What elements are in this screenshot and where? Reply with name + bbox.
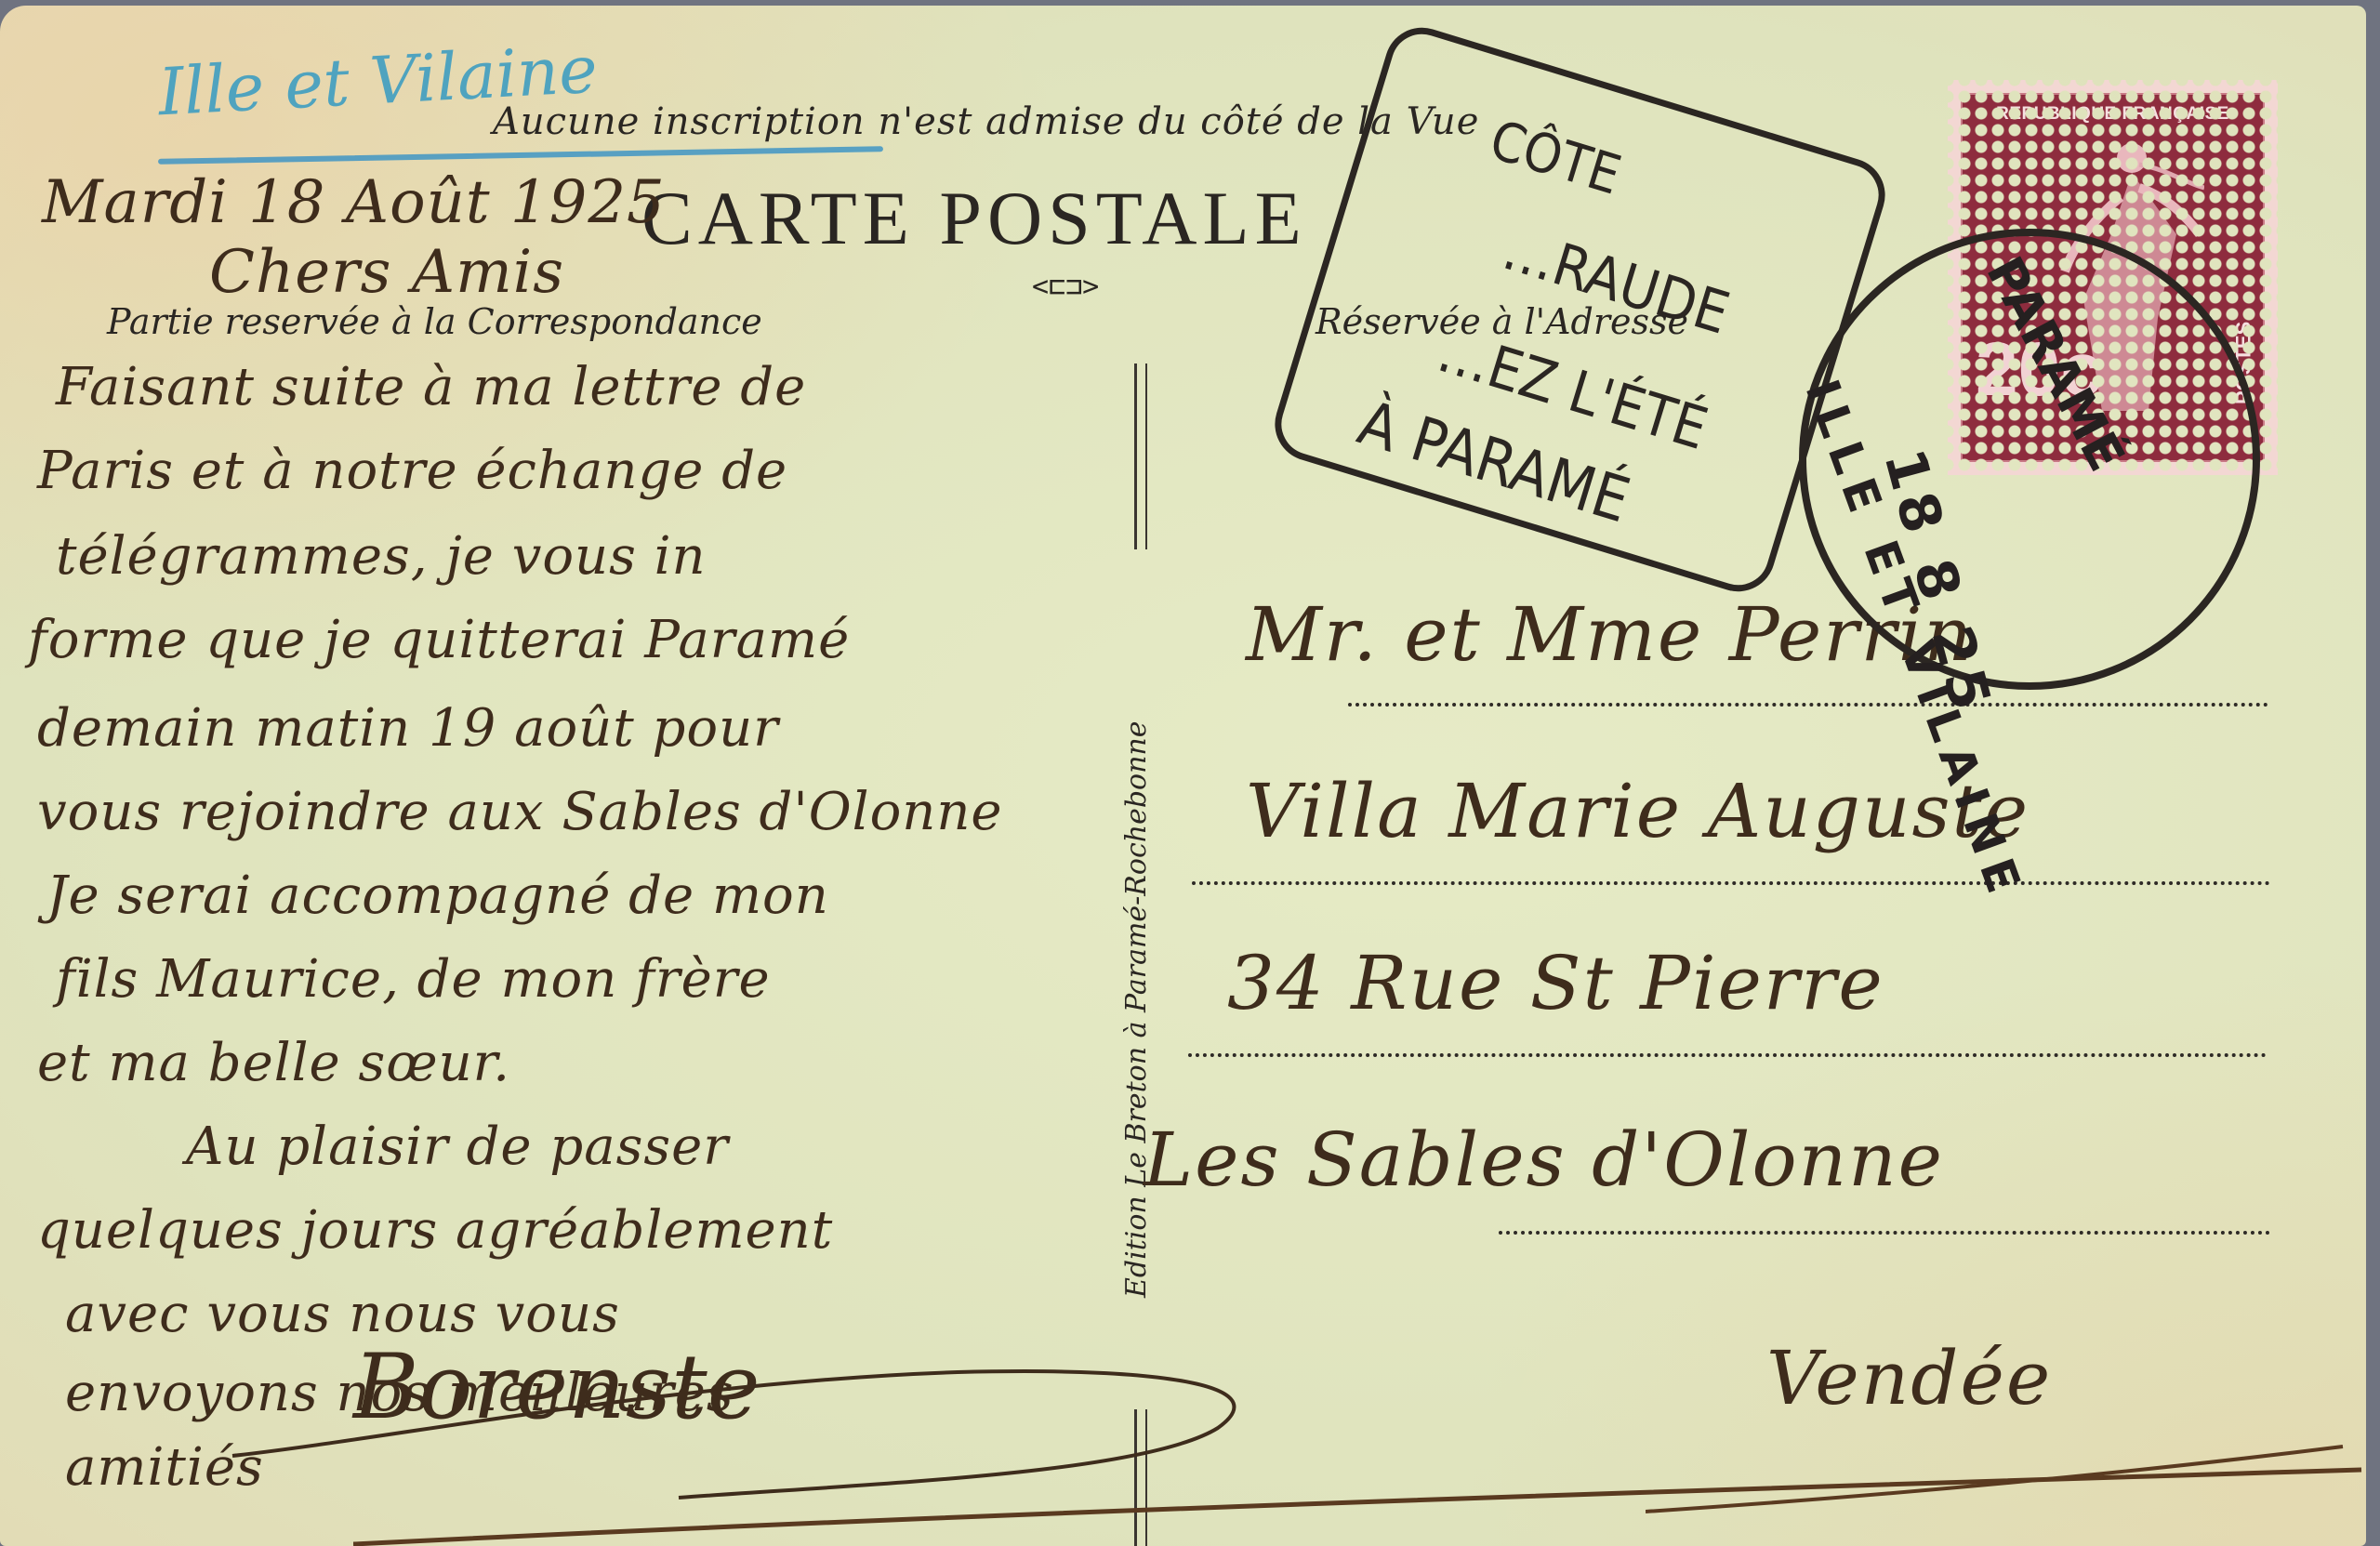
message-date: Mardi 18 Août 1925 xyxy=(42,168,666,237)
address-rule xyxy=(1192,881,2270,885)
address-rule xyxy=(1188,1053,2267,1057)
center-divider xyxy=(1145,363,1147,549)
ornament-icon: <⊏⊐> xyxy=(1032,271,1099,303)
address-underline xyxy=(1646,1419,2352,1530)
correspondence-label: Partie reservée à la Correspondance xyxy=(107,301,762,342)
view-side-notice: Aucune inscription n'est admise du côté … xyxy=(493,100,1479,143)
address-department: Vendée xyxy=(1766,1335,2052,1421)
message-line: télégrammes, je vous in xyxy=(56,526,707,587)
center-divider xyxy=(1134,363,1137,549)
postcard-title: CARTE POSTALE xyxy=(641,175,1307,262)
address-rule xyxy=(1499,1231,2270,1235)
message-line: Faisant suite à ma lettre de xyxy=(56,357,806,417)
message-line: vous rejoindre aux Sables d'Olonne xyxy=(37,782,1003,842)
address-street: 34 Rue St Pierre xyxy=(1227,940,1884,1026)
blue-underline xyxy=(158,146,883,165)
message-line: fils Maurice, de mon frère xyxy=(56,949,771,1010)
postcard-back: Ille et Vilaine Aucune inscription n'est… xyxy=(0,6,2366,1546)
message-line: forme que je quitterai Paramé xyxy=(28,610,850,670)
message-line: et ma belle sœur. xyxy=(37,1033,510,1093)
message-line: Paris et à notre échange de xyxy=(37,441,787,501)
message-line: Au plaisir de passer xyxy=(186,1117,729,1177)
message-greeting: Chers Amis xyxy=(209,238,564,307)
address-city: Les Sables d'Olonne xyxy=(1144,1117,1944,1203)
stamp-country: REPUBLIQUE FRANÇAISE xyxy=(1963,104,2263,125)
address-villa: Villa Marie Auguste xyxy=(1246,768,2030,854)
message-line: demain matin 19 août pour xyxy=(37,698,779,759)
message-line: quelques jours agréablement xyxy=(37,1200,833,1261)
address-rule xyxy=(1348,703,2268,707)
message-line: Je serai accompagné de mon xyxy=(46,865,829,926)
publisher-credit: Edition Le Breton à Paramé-Rochebonne xyxy=(1120,721,1153,1299)
